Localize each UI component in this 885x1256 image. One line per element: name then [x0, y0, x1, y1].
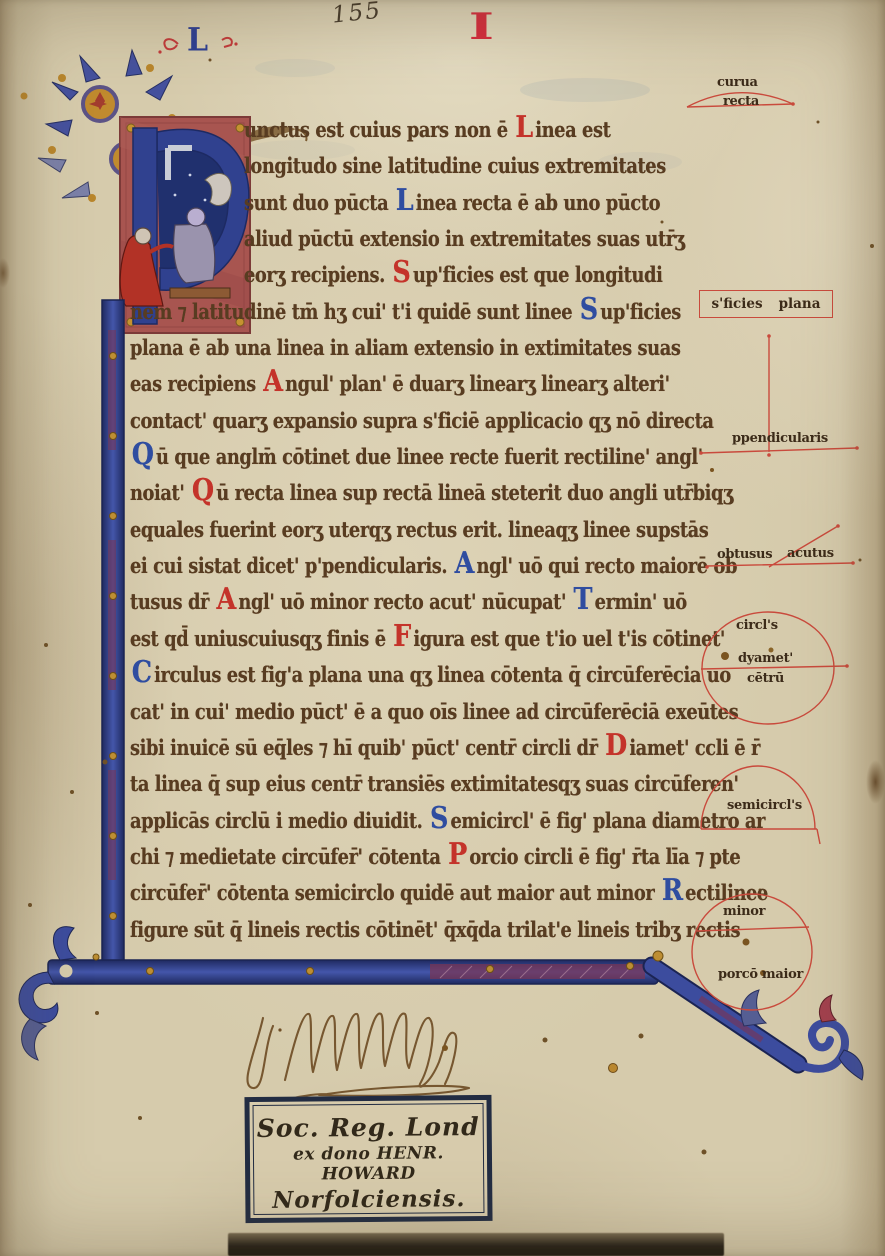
manuscript-page: 155 L I unctus est cuius pars non ē Line… — [0, 0, 885, 1256]
text-segment: ermin' uō — [595, 589, 687, 614]
diagram-label-recta: recta — [723, 94, 759, 109]
diagram-label-curva: curua — [717, 75, 758, 90]
versal-initial: L — [394, 183, 416, 218]
text-segment: noiat' — [130, 480, 190, 505]
diagram-superficies-plana: s'ficies plana — [699, 290, 833, 318]
text-line: ta linea q̄ sup eius centr̄ transiēs ext… — [130, 771, 678, 807]
text-segment: applicās circlū i medio diuidit. — [130, 808, 428, 833]
text-segment: equales fuerint eorʒ uterqʒ rectus erit.… — [130, 517, 708, 542]
text-segment: eorʒ recipiens. — [244, 262, 391, 287]
text-segment: igura est que t'io uel t'is cōtinet' — [413, 626, 725, 651]
diagram-label-semicirculus: semicircl's — [727, 798, 802, 813]
text-line: circūfer̄' cōtenta semicirclo quidē aut … — [130, 880, 678, 916]
text-segment: ei cui sistat dicet' p'pendicularis. — [130, 553, 453, 578]
text-line: noiat' Qū recta linea sup rectā lineā st… — [130, 480, 678, 516]
text-segment: irculus est fig'a plana una qʒ linea cōt… — [154, 662, 731, 687]
text-segment: unctus est cuius pars non ē — [244, 117, 514, 142]
book-mark-left: L — [187, 22, 208, 59]
versal-initial: Q — [190, 473, 216, 508]
text-line: sunt duo pūcta Linea recta ē ab uno pūct… — [244, 190, 678, 226]
text-line: ei cui sistat dicet' p'pendicularis. Ang… — [130, 553, 678, 589]
diagram-semicirculus: semicircl's — [695, 757, 830, 847]
diagram-label-plana: plana — [779, 296, 821, 312]
versal-initial: S — [578, 292, 600, 327]
versal-initial: Q — [130, 437, 156, 472]
diagram-label-minor: minor — [723, 904, 765, 919]
text-line: eas recipiens Angul' plan' ē duarʒ linea… — [130, 371, 678, 407]
text-segment: est qd̄ uniuscuiusqʒ finis ē — [130, 626, 391, 651]
text-line: aliud pūctū extensio in extremitates sua… — [244, 226, 678, 262]
stamp-line-3: Norfolciensis. — [250, 1185, 487, 1214]
text-line: nem ⁊ latitudinē tm̄ hʒ cui' t'i quidē s… — [130, 299, 678, 335]
text-segment: contact' quarʒ expansio supra s'ficiē ap… — [130, 408, 714, 433]
text-line: cat' in cui' medio pūct' ē a quo oīs lin… — [130, 699, 678, 735]
text-segment: nem ⁊ latitudinē tm̄ hʒ cui' t'i quidē s… — [130, 299, 578, 324]
stamp-line-1: Soc. Reg. Lond — [250, 1112, 487, 1143]
text-segment: ngul' plan' ē duarʒ linearʒ linearʒ alte… — [285, 371, 669, 396]
text-line: plana ē ab una linea in aliam extensio i… — [130, 335, 678, 371]
text-segment: tusus dr̄ — [130, 589, 215, 614]
text-segment: orcio circli ē fig' r̄ta līa ⁊ pte — [469, 844, 740, 869]
diagram-perpendicularis: ppendicularis — [695, 332, 865, 458]
owner-signature — [233, 998, 498, 1103]
versal-initial: L — [514, 110, 536, 145]
text-segment: up'ficies — [600, 299, 681, 324]
text-line: equales fuerint eorʒ uterqʒ rectus erit.… — [130, 517, 678, 553]
text-block: unctus est cuius pars non ē Linea estlon… — [130, 117, 678, 953]
diagram-linea-curva-recta: curua recta — [683, 76, 808, 120]
text-segment: ngl' uō minor recto acut' nūcupat' — [238, 589, 571, 614]
stamp-line-2: ex dono HENR. HOWARD — [250, 1143, 487, 1185]
text-segment: sunt duo pūcta — [244, 190, 394, 215]
text-segment: ū que anglm̄ cōtinet due linee recte fue… — [156, 444, 703, 469]
text-line: Circulus est fig'a plana una qʒ linea cō… — [130, 662, 678, 698]
text-segment: up'ficies est que longitudi — [413, 262, 662, 287]
angles-figure — [695, 514, 863, 572]
text-segment: ū recta linea sup rectā lineā steterit d… — [216, 480, 733, 505]
versal-initial: D — [603, 728, 629, 763]
text-line: chi ⁊ medietate circūfer̄' cōtenta Porci… — [130, 844, 678, 880]
versal-initial: F — [391, 619, 413, 654]
page-edge-shadow — [228, 1233, 724, 1256]
text-segment: cat' in cui' medio pūct' ē a quo oīs lin… — [130, 699, 738, 724]
diagram-porcio-circuli: minor porcō maior — [690, 892, 816, 1012]
text-segment: aliud pūctū extensio in extremitates sua… — [244, 226, 684, 251]
diagram-label-porcio-maior: porcō maior — [718, 967, 803, 982]
text-line: sibi inuicē sū eq̄les ⁊ hī quib' pūct' c… — [130, 735, 678, 771]
versal-initial: T — [572, 582, 595, 617]
versal-initial: P — [446, 837, 469, 872]
text-line: longitudo sine latitudine cuius extremit… — [244, 153, 678, 189]
text-segment: chi ⁊ medietate circūfer̄' cōtenta — [130, 844, 446, 869]
text-line: applicās circlū i medio diuidit. Semicir… — [130, 808, 678, 844]
text-line: eorʒ recipiens. Sup'ficies est que longi… — [244, 262, 678, 298]
text-line: contact' quarʒ expansio supra s'ficiē ap… — [130, 408, 678, 444]
text-segment: sibi inuicē sū eq̄les ⁊ hī quib' pūct' c… — [130, 735, 603, 760]
versal-initial: S — [391, 255, 413, 290]
diagram-label-acutus: acutus — [787, 546, 834, 561]
versal-initial: A — [453, 546, 477, 581]
text-segment: circūfer̄' cōtenta semicirclo quidē aut … — [130, 880, 660, 905]
diagram-label-circulus: circl's — [736, 618, 778, 633]
versal-initial: A — [262, 364, 286, 399]
edge-blotch-right — [866, 760, 885, 804]
text-segment: longitudo sine latitudine cuius extremit… — [244, 153, 666, 178]
edge-blotch-left — [0, 258, 10, 288]
versal-initial: R — [660, 873, 685, 908]
diagram-label-obtusus: obtusus — [717, 547, 772, 562]
text-segment: plana ē ab una linea in aliam extensio i… — [130, 335, 680, 360]
text-line: figure sūt q̄ lineis rectis cōtinēt' q̄x… — [130, 917, 678, 953]
versal-initial: C — [130, 655, 154, 690]
text-segment: ta linea q̄ sup eius centr̄ transiēs ext… — [130, 771, 739, 796]
diagram-label-dyameter: dyamet' — [738, 651, 793, 666]
diagram-label-superficies: s'ficies — [712, 296, 763, 312]
text-segment: eas recipiens — [130, 371, 262, 396]
text-segment: inea recta ē ab uno pūcto — [416, 190, 660, 215]
text-segment: inea est — [535, 117, 610, 142]
versal-initial: S — [428, 801, 450, 836]
diagram-label-perpendicularis: ppendicularis — [732, 431, 828, 446]
text-segment: figure sūt q̄ lineis rectis cōtinēt' q̄x… — [130, 917, 740, 942]
diagram-obtusus-acutus: obtusus acutus — [695, 514, 863, 572]
text-line: unctus est cuius pars non ē Linea est — [244, 117, 678, 153]
ownership-stamp: Soc. Reg. Lond ex dono HENR. HOWARD Norf… — [244, 1095, 492, 1223]
diagram-circulus: circl's dyamet' cētrū — [700, 609, 862, 734]
diagram-label-centrum: cētrū — [747, 671, 784, 686]
book-mark-right: I — [469, 6, 494, 48]
versal-initial: A — [215, 582, 239, 617]
text-line: est qd̄ uniuscuiusqʒ finis ē Figura est … — [130, 626, 678, 662]
